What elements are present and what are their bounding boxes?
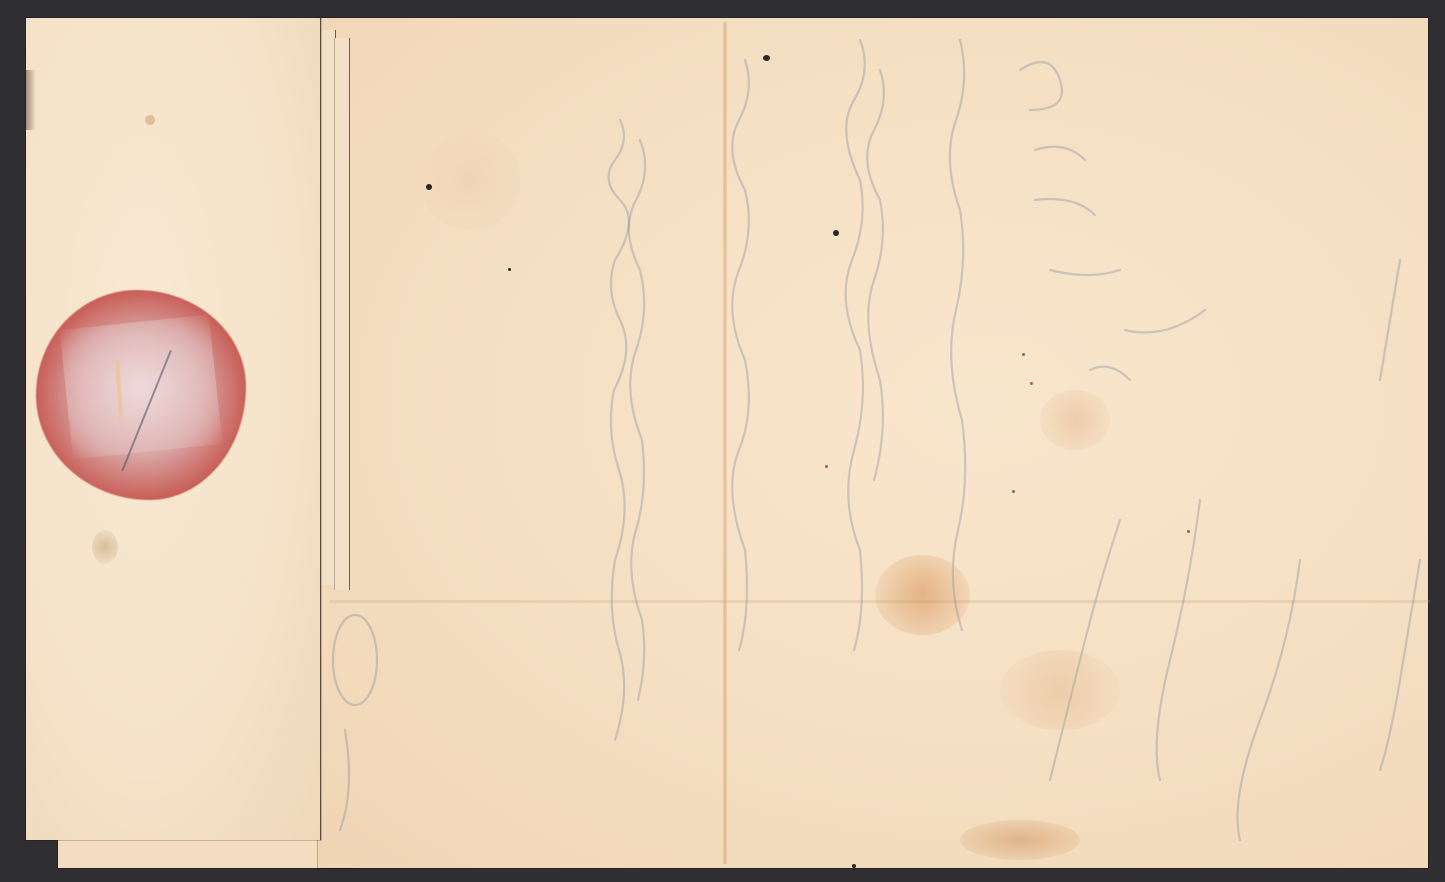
letter-photograph [0, 0, 1445, 882]
water-stain [420, 130, 520, 230]
center-fold-crease [723, 22, 727, 864]
rust-speck [1022, 353, 1025, 356]
rust-speck [825, 465, 828, 468]
inner-fold-edge [334, 38, 350, 590]
rust-speck [1187, 530, 1190, 533]
ink-speck [508, 268, 511, 271]
rust-stain [1000, 650, 1120, 730]
rust-stain [1040, 390, 1110, 450]
flap-stain [145, 115, 155, 125]
flap-stain [92, 530, 118, 564]
seal-paper-remnant [60, 315, 223, 460]
ink-speck [763, 55, 770, 61]
ink-speck [426, 184, 432, 190]
ink-speck [833, 230, 839, 236]
rust-speck [1012, 490, 1015, 493]
flap-edge-stain [26, 70, 36, 130]
rust-stain [960, 820, 1080, 860]
rust-stain [875, 555, 970, 635]
ink-speck [852, 864, 856, 868]
rust-speck [1030, 382, 1033, 385]
